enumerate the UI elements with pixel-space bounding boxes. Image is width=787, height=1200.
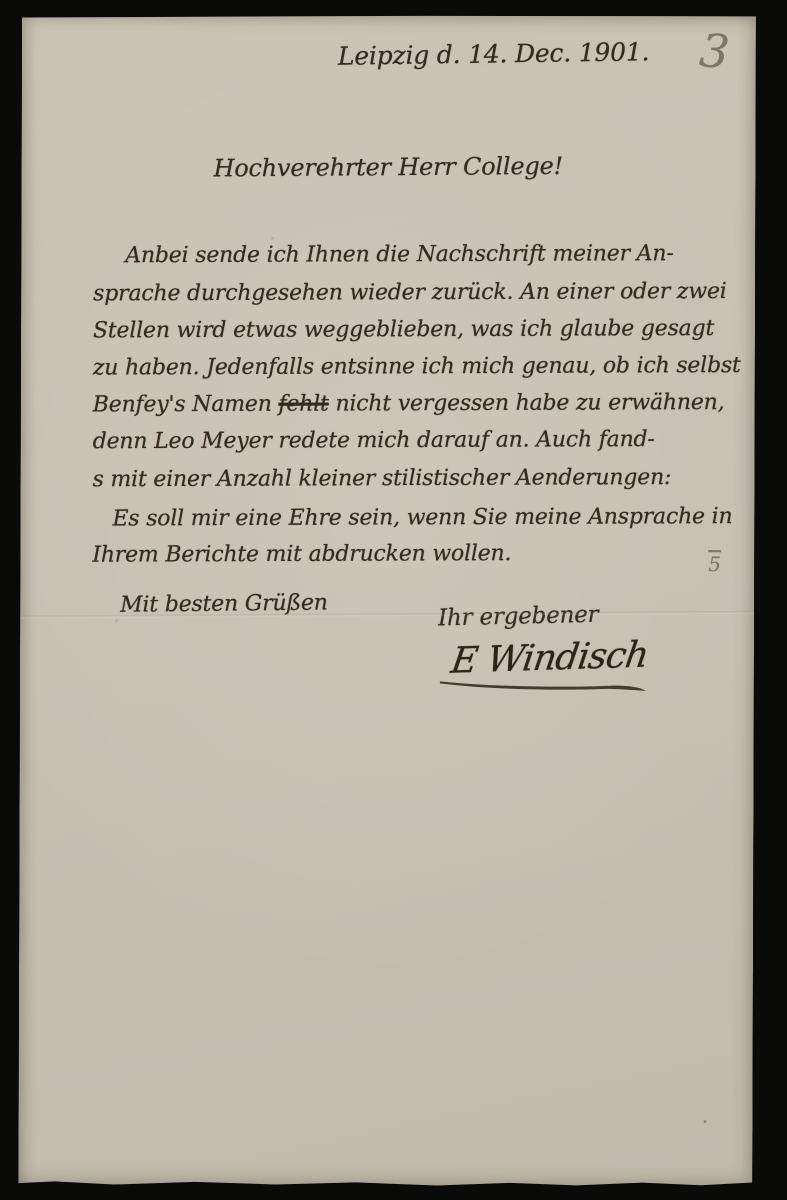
margin-number: 5	[708, 552, 721, 576]
handwritten-line: Ihrem Berichte mit abdrucken wollen.	[92, 541, 511, 568]
line-segment: Benfey's Namen	[93, 392, 279, 418]
handwritten-line: denn Leo Meyer redete mich darauf an. Au…	[93, 427, 655, 454]
handwritten-line: Stellen wird etwas weggeblieben, was ich…	[93, 316, 714, 343]
paper-speck	[115, 619, 118, 622]
struck-out-word: fehlt	[278, 392, 328, 417]
valediction: Ihr ergebener	[438, 602, 599, 632]
dateline: Leipzig d. 14. Dec. 1901.	[338, 37, 650, 70]
signature-flourish	[438, 673, 648, 696]
handwritten-line-with-strikeout: Benfey's Namen fehlt nicht vergessen hab…	[93, 390, 725, 417]
closing-greeting: Mit besten Grüßen	[120, 591, 328, 618]
handwritten-line: Es soll mir eine Ehre sein, wenn Sie mei…	[112, 504, 732, 531]
page-number: 3	[697, 23, 732, 80]
handwritten-line: s mit einer Anzahl kleiner stilistischer…	[92, 465, 671, 492]
paper-speck	[704, 1120, 707, 1123]
handwritten-line: Anbei sende ich Ihnen die Nachschrift me…	[125, 241, 673, 268]
letter-paper: Leipzig d. 14. Dec. 1901. 3 Hochverehrte…	[18, 14, 756, 1188]
handwritten-line: zu haben. Jedenfalls entsinne ich mich g…	[93, 353, 741, 380]
paper-speck	[271, 237, 274, 240]
handwritten-line: sprache durchgesehen wieder zurück. An e…	[93, 279, 727, 306]
line-segment: nicht vergessen habe zu erwähnen,	[329, 390, 725, 417]
scanned-letter-photo: Leipzig d. 14. Dec. 1901. 3 Hochverehrte…	[0, 0, 787, 1200]
salutation: Hochverehrter Herr College!	[213, 152, 563, 183]
